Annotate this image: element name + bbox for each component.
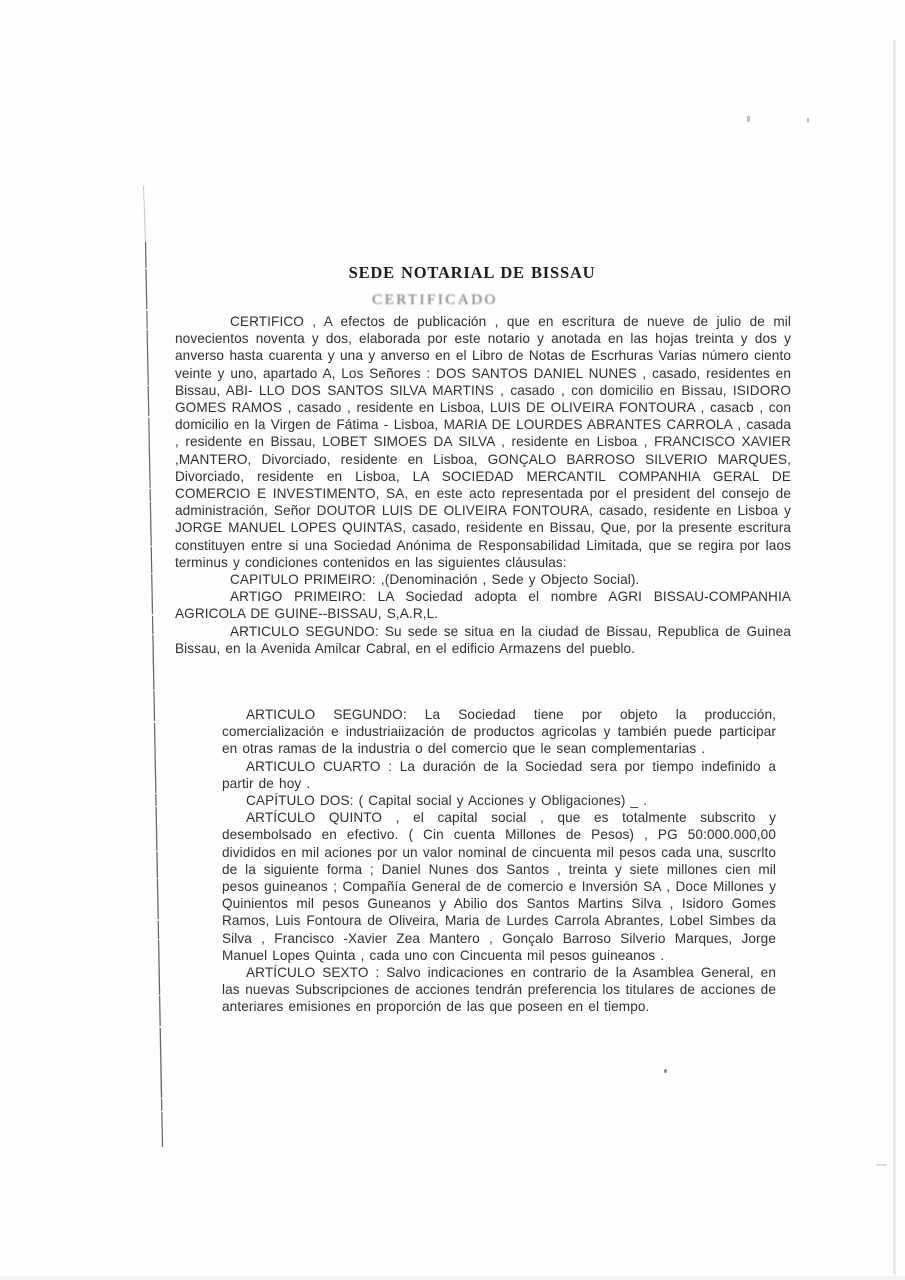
- paragraph-certifico: CERTIFICO , A efectos de publicación , q…: [175, 313, 791, 571]
- paragraph-articulo-cuarto: ARTICULO CUARTO : La duración de la Soci…: [222, 758, 776, 792]
- scanner-bottom-edge: [0, 1276, 905, 1280]
- document-subtitle: CERTIFICADO: [175, 292, 695, 309]
- document-title: SEDE NOTARIAL DE BISSAU: [175, 263, 769, 282]
- document-body-top: SEDE NOTARIAL DE BISSAU CERTIFICADO CERT…: [175, 263, 791, 657]
- scanner-edge-shadow: [893, 40, 896, 1275]
- paragraph-articulo-segundo-objeto: ARTICULO SEGUNDO: La Sociedad tiene por …: [222, 706, 776, 758]
- paragraph-articulo-sexto: ARTÍCULO SEXTO : Salvo indicaciones en c…: [222, 964, 776, 1016]
- ink-dot-artifact: [664, 1069, 667, 1073]
- paragraph-articulo-segundo-sede: ARTICULO SEGUNDO: Su sede se situa en la…: [175, 623, 791, 657]
- document-body-bottom: ARTICULO SEGUNDO: La Sociedad tiene por …: [222, 706, 776, 1016]
- paragraph-capitulo-primeiro: CAPITULO PRIMEIRO: ,(Denominación , Sede…: [175, 571, 791, 588]
- scan-speck-icon: [747, 116, 750, 122]
- scan-speck-icon: [807, 118, 809, 123]
- paragraph-artigo-primeiro: ARTIGO PRIMEIRO: LA Sociedad adopta el n…: [175, 588, 791, 622]
- scanned-document-page: SEDE NOTARIAL DE BISSAU CERTIFICADO CERT…: [0, 0, 905, 1280]
- paragraph-articulo-quinto: ARTÍCULO QUINTO , el capital social , qu…: [222, 809, 776, 964]
- paragraph-capitulo-dos: CAPÍTULO DOS: ( Capital social y Accione…: [222, 792, 776, 809]
- faint-dash-artifact: [876, 1164, 887, 1166]
